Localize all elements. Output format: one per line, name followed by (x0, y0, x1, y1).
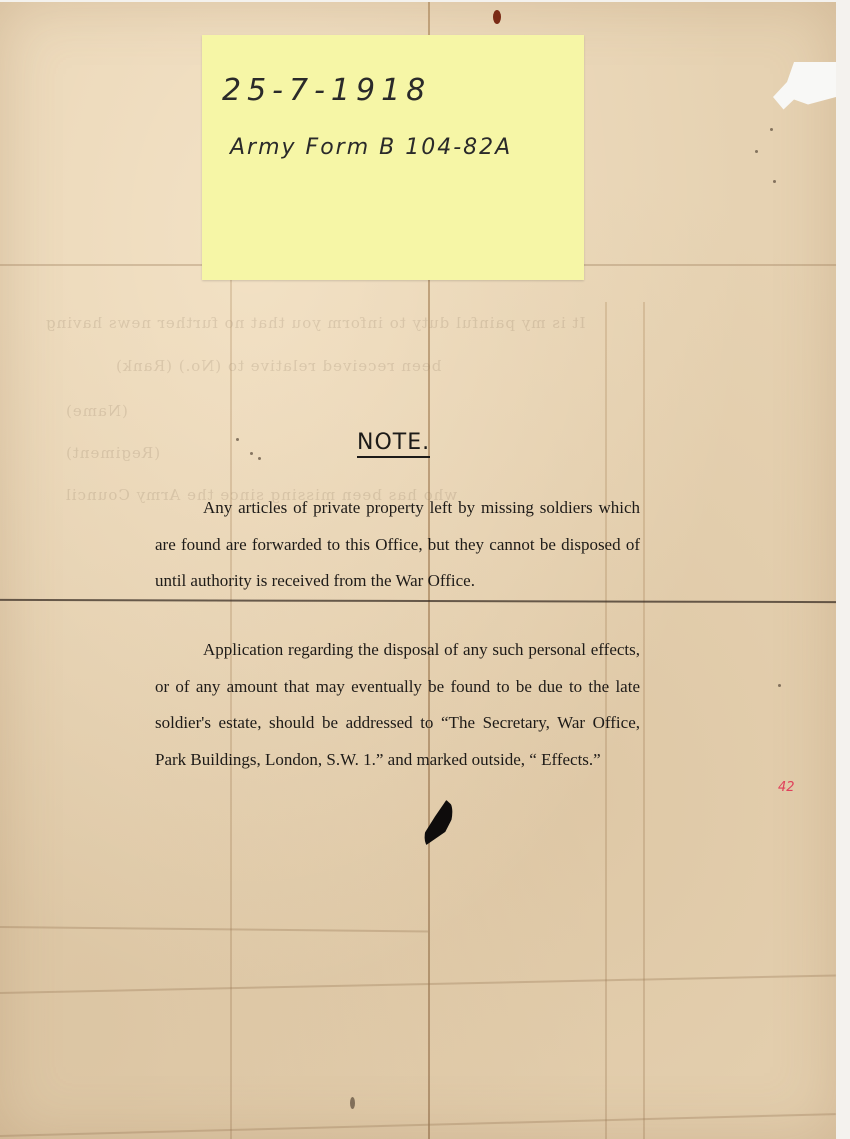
speck (250, 452, 253, 455)
fold-crease-line (0, 599, 836, 603)
bleed-through-line: (Name) (65, 402, 128, 420)
bleed-through-line: (Regiment) (65, 444, 160, 462)
document-page: It is my painful duty to inform you that… (0, 2, 836, 1139)
speck (770, 128, 773, 131)
speck (350, 1097, 355, 1109)
note-heading: NOTE. (357, 430, 430, 458)
speck (778, 684, 781, 687)
paragraph-application: Application regarding the disposal of an… (155, 632, 640, 778)
red-pencil-annotation: 42 (778, 780, 795, 795)
horizontal-fold (0, 974, 836, 994)
sticky-note: 25-7-1918 Army Form B 104-82A (202, 35, 584, 280)
speck (755, 150, 758, 153)
horizontal-fold (0, 926, 428, 932)
note-form-reference: Army Form B 104-82A (230, 135, 512, 160)
paragraph-private-property: Any articles of private property left by… (155, 490, 640, 600)
bleed-through-line: been received relative to (No.) (Rank) (115, 357, 441, 375)
horizontal-fold (0, 1113, 836, 1137)
speck (236, 438, 239, 441)
note-date: 25-7-1918 (222, 73, 431, 108)
vertical-fold (643, 302, 645, 1139)
speck (258, 457, 261, 460)
speck (773, 180, 776, 183)
bleed-through-line: It is my painful duty to inform you that… (45, 314, 585, 332)
ink-stain (493, 10, 501, 24)
ink-blot (419, 797, 458, 852)
torn-corner (766, 62, 836, 112)
